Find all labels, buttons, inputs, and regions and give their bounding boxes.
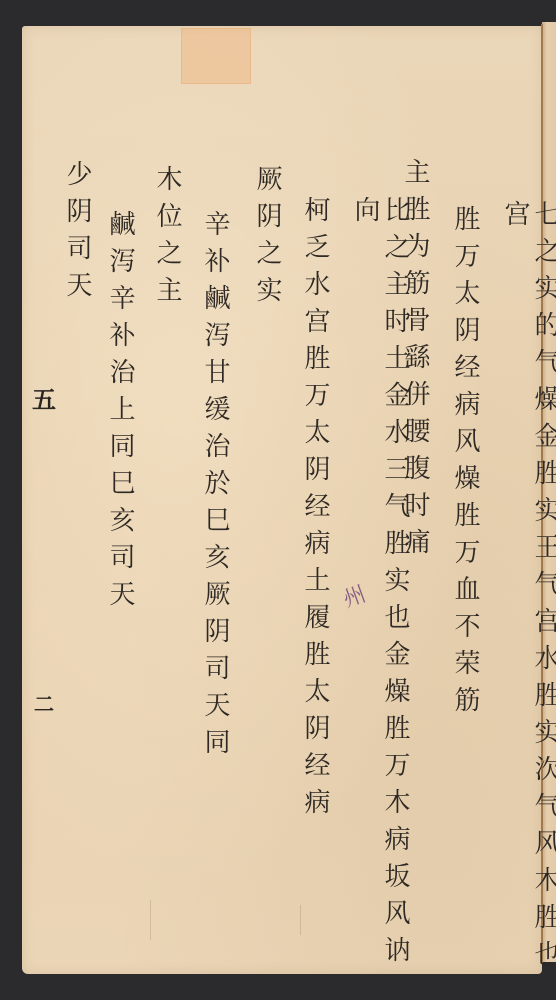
seal-stamp-caption (180, 86, 252, 96)
page-number-upper: 五 (32, 380, 56, 415)
paper-crease (150, 900, 151, 940)
text-column-8-heading: 木位之主 (152, 165, 182, 313)
seal-stamp (181, 28, 251, 84)
page-number-lower: 二 (34, 688, 54, 717)
text-column-2: 胜万太阴经病风燥胜万血不荣筋 (450, 205, 480, 723)
text-column-6-heading: 厥阴之实 (252, 165, 282, 313)
text-column-9: 鹹泻辛补治上同巳亥司天 (105, 210, 135, 617)
paper-crease (300, 905, 301, 935)
text-column-5: 柯乏水宫胜万太阴经病土履胜太阴经病 (300, 196, 330, 825)
text-column-10-heading: 少阴司天 (62, 160, 92, 308)
text-column-1: 七之实的气燥金胜实王气宫水胜实㳄气风木胜也宫 (500, 200, 556, 1000)
text-column-7: 辛补鹹泻甘缓治於巳亥厥阴司天同 (200, 210, 230, 765)
